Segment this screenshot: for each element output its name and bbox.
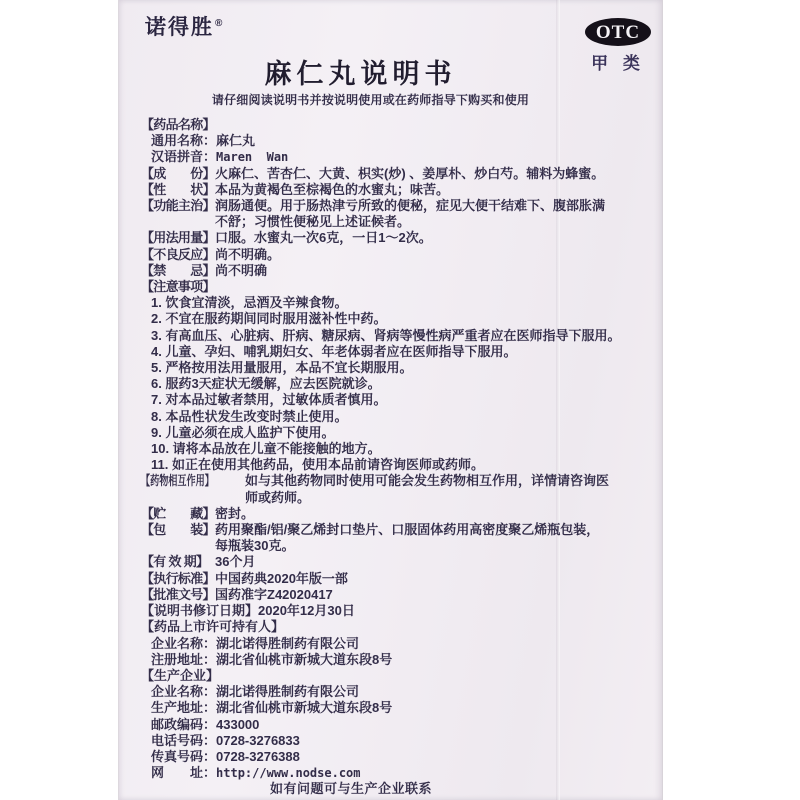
brand-logo: 诺得胜®	[145, 11, 222, 41]
license-holder-label: 【药品上市许可持有人】	[141, 619, 284, 634]
storage-label: 【贮 藏】	[141, 506, 215, 522]
precaution-item: 8. 本品性状发生改变时禁止使用。	[151, 409, 651, 425]
section-contraindications: 【禁 忌】 尚不明确	[141, 263, 651, 279]
manufacturer-company-line: 企业名称：湖北诺得胜制药有限公司	[151, 684, 651, 700]
precaution-item: 5. 严格按用法用量服用，本品不宜长期服用。	[151, 360, 651, 376]
website-prefix: 网 址：	[151, 765, 216, 780]
screenshot-root: 诺得胜® OTC 甲 类 麻仁丸说明书 请仔细阅读说明书并按说明使用或在药师指导…	[0, 0, 800, 800]
footer-contact-note: 如有问题可与生产企业联系	[96, 781, 606, 797]
character-text: 本品为黄褐色至棕褐色的水蜜丸；味苦。	[215, 182, 651, 198]
fax-line: 传真号码：0728-3276388	[151, 749, 651, 765]
revision-date-label: 【说明书修订日期】	[141, 603, 258, 618]
holder-address-line: 注册地址：湖北省仙桃市新城大道东段8号	[151, 652, 651, 668]
leaflet-subtitle: 请仔细阅读说明书并按说明使用或在药师指导下购买和使用	[119, 91, 622, 108]
contraindications-text: 尚不明确	[215, 263, 651, 279]
otc-badge-text: OTC	[596, 23, 640, 42]
precaution-item: 2. 不宜在服药期间同时服用滋补性中药。	[151, 311, 651, 327]
dosage-label: 【用法用量】	[141, 230, 215, 246]
contraindications-label: 【禁 忌】	[141, 263, 215, 279]
section-approval-number: 【批准文号】 国药准字Z42020417	[141, 587, 651, 603]
validity-text: 36个月	[215, 554, 651, 570]
precaution-item: 9. 儿童必须在成人监护下使用。	[151, 425, 651, 441]
leaflet-paper: 诺得胜® OTC 甲 类 麻仁丸说明书 请仔细阅读说明书并按说明使用或在药师指导…	[118, 0, 663, 800]
website-line: 网 址：http://www.nodse.com	[151, 765, 651, 781]
phone-line: 电话号码：0728-3276833	[151, 733, 651, 749]
section-character: 【性 状】 本品为黄褐色至棕褐色的水蜜丸；味苦。	[141, 182, 651, 198]
precaution-item: 7. 对本品过敏者禁用，过敏体质者慎用。	[151, 392, 651, 408]
section-manufacturer: 【生产企业】	[141, 668, 651, 684]
section-storage: 【贮 藏】 密封。	[141, 506, 651, 522]
ingredients-text: 火麻仁、苦杏仁、大黄、枳实(炒) 、姜厚朴、炒白芍。辅料为蜂蜜。	[215, 166, 651, 182]
precautions-label: 【注意事项】	[141, 279, 215, 295]
precaution-item: 11. 如正在使用其他药品，使用本品前请咨询医师或药师。	[151, 457, 651, 473]
drug-interactions-text: 如与其他药物同时使用可能会发生药物相互作用，详情请咨询医 师或药师。	[245, 473, 651, 505]
postcode-line: 邮政编码：433000	[151, 717, 651, 733]
pinyin-value: Maren Wan	[216, 150, 288, 164]
standard-text: 中国药典2020年版一部	[215, 571, 651, 587]
section-validity: 【有 效 期】 36个月	[141, 554, 651, 570]
section-package: 【包 装】 药用聚酯/铝/聚乙烯封口垫片、口服固体药用高密度聚乙烯瓶包装， 每瓶…	[141, 522, 651, 554]
section-standard: 【执行标准】 中国药典2020年版一部	[141, 571, 651, 587]
precaution-item: 6. 服药3天症状无缓解，应去医院就诊。	[151, 376, 651, 392]
section-adverse-reactions: 【不良反应】 尚不明确。	[141, 247, 651, 263]
approval-number-text: 国药准字Z42020417	[215, 587, 651, 603]
drug-interactions-label: 【药物相互作用】	[141, 473, 214, 505]
section-indications: 【功能主治】 润肠通便。用于肠热津亏所致的便秘，症见大便干结难下、腹部胀满 不舒…	[141, 198, 651, 230]
drug-name-label: 【药品名称】	[141, 117, 215, 133]
section-precautions: 【注意事项】	[141, 279, 651, 295]
leaflet-body: 【药品名称】 通用名称：麻仁丸 汉语拼音：Maren Wan 【成 份】 火麻仁…	[141, 117, 651, 798]
registered-trademark-icon: ®	[215, 18, 222, 29]
package-text: 药用聚酯/铝/聚乙烯封口垫片、口服固体药用高密度聚乙烯瓶包装， 每瓶装30克。	[215, 522, 651, 554]
section-drug-interactions: 【药物相互作用】 如与其他药物同时使用可能会发生药物相互作用，详情请咨询医 师或…	[141, 473, 651, 505]
validity-label: 【有 效 期】	[141, 554, 215, 570]
standard-label: 【执行标准】	[141, 571, 215, 587]
character-label: 【性 状】	[141, 182, 215, 198]
section-drug-name: 【药品名称】	[141, 117, 651, 133]
leaflet-title: 麻仁丸说明书	[119, 52, 602, 91]
pinyin-prefix: 汉语拼音：	[151, 149, 216, 164]
brand-name: 诺得胜	[145, 16, 214, 39]
indications-text: 润肠通便。用于肠热津亏所致的便秘，症见大便干结难下、腹部胀满 不舒；习惯性便秘见…	[215, 198, 651, 230]
revision-date-text: 2020年12月30日	[258, 603, 355, 618]
holder-company-line: 企业名称：湖北诺得胜制药有限公司	[151, 636, 651, 652]
adverse-reactions-text: 尚不明确。	[215, 247, 651, 263]
ingredients-label: 【成 份】	[141, 166, 215, 182]
package-label: 【包 装】	[141, 522, 215, 554]
storage-text: 密封。	[215, 506, 651, 522]
manufacturer-address-line: 生产地址：湖北省仙桃市新城大道东段8号	[151, 700, 651, 716]
section-ingredients: 【成 份】 火麻仁、苦杏仁、大黄、枳实(炒) 、姜厚朴、炒白芍。辅料为蜂蜜。	[141, 166, 651, 182]
adverse-reactions-label: 【不良反应】	[141, 247, 215, 263]
precaution-item: 10. 请将本品放在儿童不能接触的地方。	[151, 441, 651, 457]
manufacturer-label: 【生产企业】	[141, 668, 219, 683]
generic-name-line: 通用名称：麻仁丸	[151, 133, 651, 149]
pinyin-line: 汉语拼音：Maren Wan	[151, 149, 651, 165]
website-url: http://www.nodse.com	[216, 766, 361, 780]
precaution-item: 3. 有高血压、心脏病、肝病、糖尿病、肾病等慢性病严重者应在医师指导下服用。	[151, 328, 651, 344]
section-license-holder: 【药品上市许可持有人】	[141, 619, 651, 635]
approval-number-label: 【批准文号】	[141, 587, 215, 603]
precaution-item: 1. 饮食宜清淡，忌酒及辛辣食物。	[151, 295, 651, 311]
indications-label: 【功能主治】	[141, 198, 215, 230]
precaution-item: 4. 儿童、孕妇、哺乳期妇女、年老体弱者应在医师指导下服用。	[151, 344, 651, 360]
section-revision-date: 【说明书修订日期】2020年12月30日	[141, 603, 651, 619]
section-dosage: 【用法用量】 口服。水蜜丸一次6克，一日1～2次。	[141, 230, 651, 246]
otc-badge: OTC	[585, 18, 651, 46]
dosage-text: 口服。水蜜丸一次6克，一日1～2次。	[215, 230, 651, 246]
